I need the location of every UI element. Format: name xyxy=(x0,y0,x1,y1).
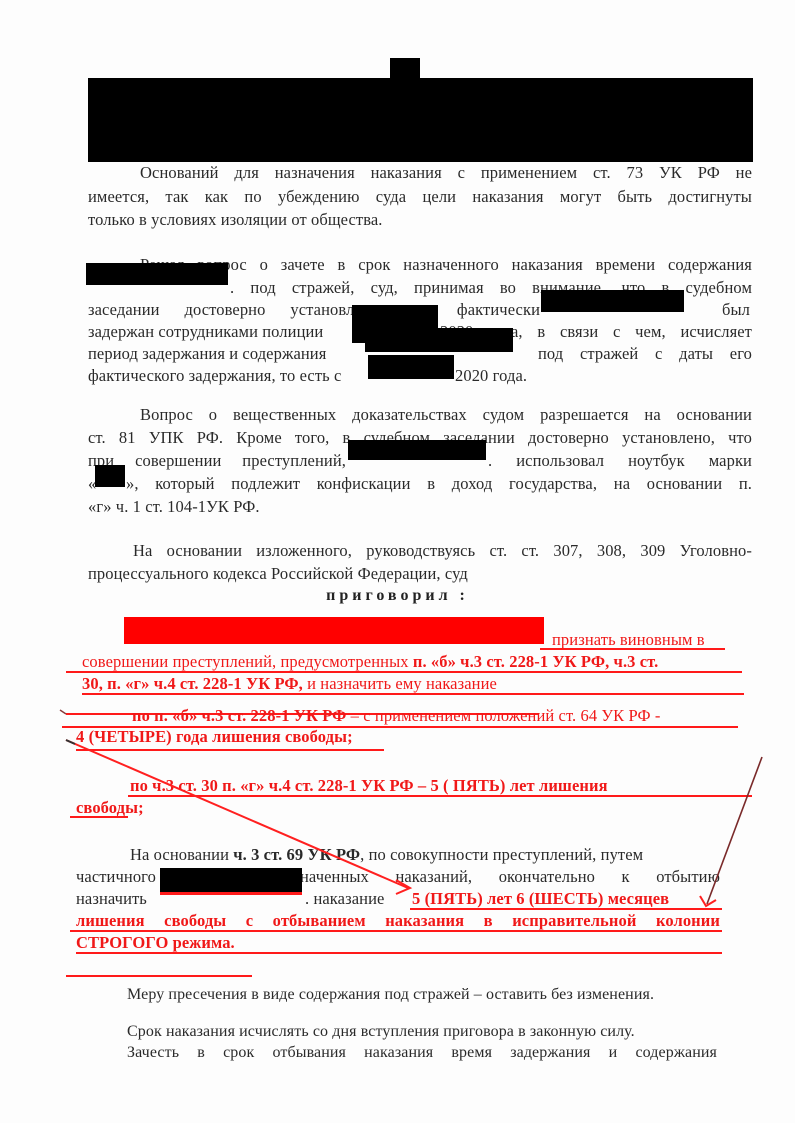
annotation-underline xyxy=(70,930,722,932)
paragraph-text: 2020 года. xyxy=(455,366,527,386)
paragraph-text: Оснований для назначения наказания с при… xyxy=(140,163,752,183)
document-page: Оснований для назначения наказания с при… xyxy=(0,0,795,1123)
aggregate-text-plain: На основании xyxy=(130,845,233,864)
count-text: лет лишения xyxy=(506,776,608,795)
paragraph-text: Зачесть в срок отбывания наказания время… xyxy=(127,1043,717,1063)
aggregate-article: ч. 3 ст. 69 УК РФ xyxy=(233,845,360,864)
redaction-date xyxy=(368,355,454,379)
annotation-underline xyxy=(410,908,722,910)
paragraph-text: фактического задержания, то есть с xyxy=(88,366,341,386)
paragraph-text: Меру пресечения в виде содержания под ст… xyxy=(127,985,654,1005)
paragraph-text: только в условиях изоляции от общества. xyxy=(88,210,383,230)
verdict-text: признать виновным в xyxy=(552,630,705,650)
annotation-underline xyxy=(76,749,384,751)
aggregate-text: . наказание xyxy=(305,889,384,909)
final-sentence-term: 5 (ПЯТЬ) лет 6 (ШЕСТЬ) месяцев xyxy=(412,889,669,909)
count-text: – с применением положений ст. 64 УК РФ - xyxy=(346,706,660,725)
count-term: 4 (ЧЕТЫРЕ) года xyxy=(76,727,208,746)
final-sentence-text: лишения свободы с отбыванием наказания в… xyxy=(76,911,720,931)
verdict-text-plain: совершении преступлений, предусмотренных xyxy=(82,652,413,671)
annotation-underline xyxy=(66,975,252,977)
verdict-text: 30, п. «г» ч.4 ст. 228-1 УК РФ, и назнач… xyxy=(82,674,497,694)
paragraph-text: », который подлежит конфискации в доход … xyxy=(126,474,752,494)
annotation-underline xyxy=(82,693,744,695)
redaction-header-block xyxy=(88,78,753,162)
paragraph-text: Решая вопрос о зачете в срок назначенног… xyxy=(140,255,752,275)
annotation-underline xyxy=(66,671,742,673)
count-article: по ч.3 ст. 30 п. «г» ч.4 ст. 228-1 УК РФ… xyxy=(130,776,430,795)
verdict-heading: приговорил : xyxy=(0,587,795,605)
paragraph-text: На основании изложенного, руководствуясь… xyxy=(133,541,752,561)
count-term: 5 ( ПЯТЬ) xyxy=(430,776,505,795)
annotation-underline xyxy=(76,952,722,954)
paragraph-text: при совершении преступлений, xyxy=(88,451,346,471)
redaction-defendant-name xyxy=(124,617,544,644)
paragraph-text: под стражей с даты его xyxy=(538,344,752,364)
aggregate-text-plain: , по совокупности преступлений, путем xyxy=(360,845,643,864)
sentence-count-2: свободы; xyxy=(76,798,144,818)
annotation-underline xyxy=(70,816,128,818)
verdict-article: 30, п. «г» ч.4 ст. 228-1 УК РФ, xyxy=(82,674,303,693)
count-article: по п. «б» ч.3 ст. 228-1 УК РФ xyxy=(132,706,346,725)
final-sentence-text: СТРОГОГО режима. xyxy=(76,933,235,953)
annotation-underline xyxy=(160,892,302,895)
annotation-underline xyxy=(128,795,752,797)
redaction-name xyxy=(541,290,684,312)
redaction-brand xyxy=(95,465,125,487)
annotation-underline xyxy=(62,726,738,728)
aggregate-text: На основании ч. 3 ст. 69 УК РФ, по совок… xyxy=(130,845,643,865)
paragraph-text: «г» ч. 1 ст. 104-1УК РФ. xyxy=(88,497,260,517)
sentence-count-1: 4 (ЧЕТЫРЕ) года лишения свободы; xyxy=(76,727,353,747)
sentence-count-1: по п. «б» ч.3 ст. 228-1 УК РФ – с примен… xyxy=(132,706,660,726)
redaction-name xyxy=(365,328,513,352)
count-text: лишения свободы; xyxy=(208,727,353,746)
paragraph-text: Вопрос о вещественных доказательствах су… xyxy=(140,405,752,425)
paragraph-text: задержан сотрудниками полиции xyxy=(88,322,323,342)
redaction-name xyxy=(86,263,228,285)
redaction-name xyxy=(348,440,486,460)
sentence-count-2: по ч.3 ст. 30 п. «г» ч.4 ст. 228-1 УК РФ… xyxy=(130,776,608,796)
redaction-name xyxy=(160,868,302,892)
paragraph-text: был xyxy=(722,300,750,320)
verdict-text: совершении преступлений, предусмотренных… xyxy=(82,652,658,672)
paragraph-text: процессуального кодекса Российской Федер… xyxy=(88,564,468,584)
annotation-underline xyxy=(540,648,725,650)
paragraph-text: . использовал ноутбук марки xyxy=(488,451,752,471)
paragraph-text: заседании достоверно установлено, что фа… xyxy=(88,300,540,320)
paragraph-text: имеется, так как по убеждению суда цели … xyxy=(88,187,752,207)
paragraph-text: Срок наказания исчислять со дня вступлен… xyxy=(127,1022,635,1042)
redaction-header-tab xyxy=(390,58,420,80)
verdict-article: п. «б» ч.3 ст. 228-1 УК РФ, ч.3 ст. xyxy=(413,652,659,671)
verdict-text-plain: и назначить ему наказание xyxy=(303,674,497,693)
paragraph-text: период задержания и содержания xyxy=(88,344,326,364)
aggregate-text: назначить xyxy=(76,889,147,909)
